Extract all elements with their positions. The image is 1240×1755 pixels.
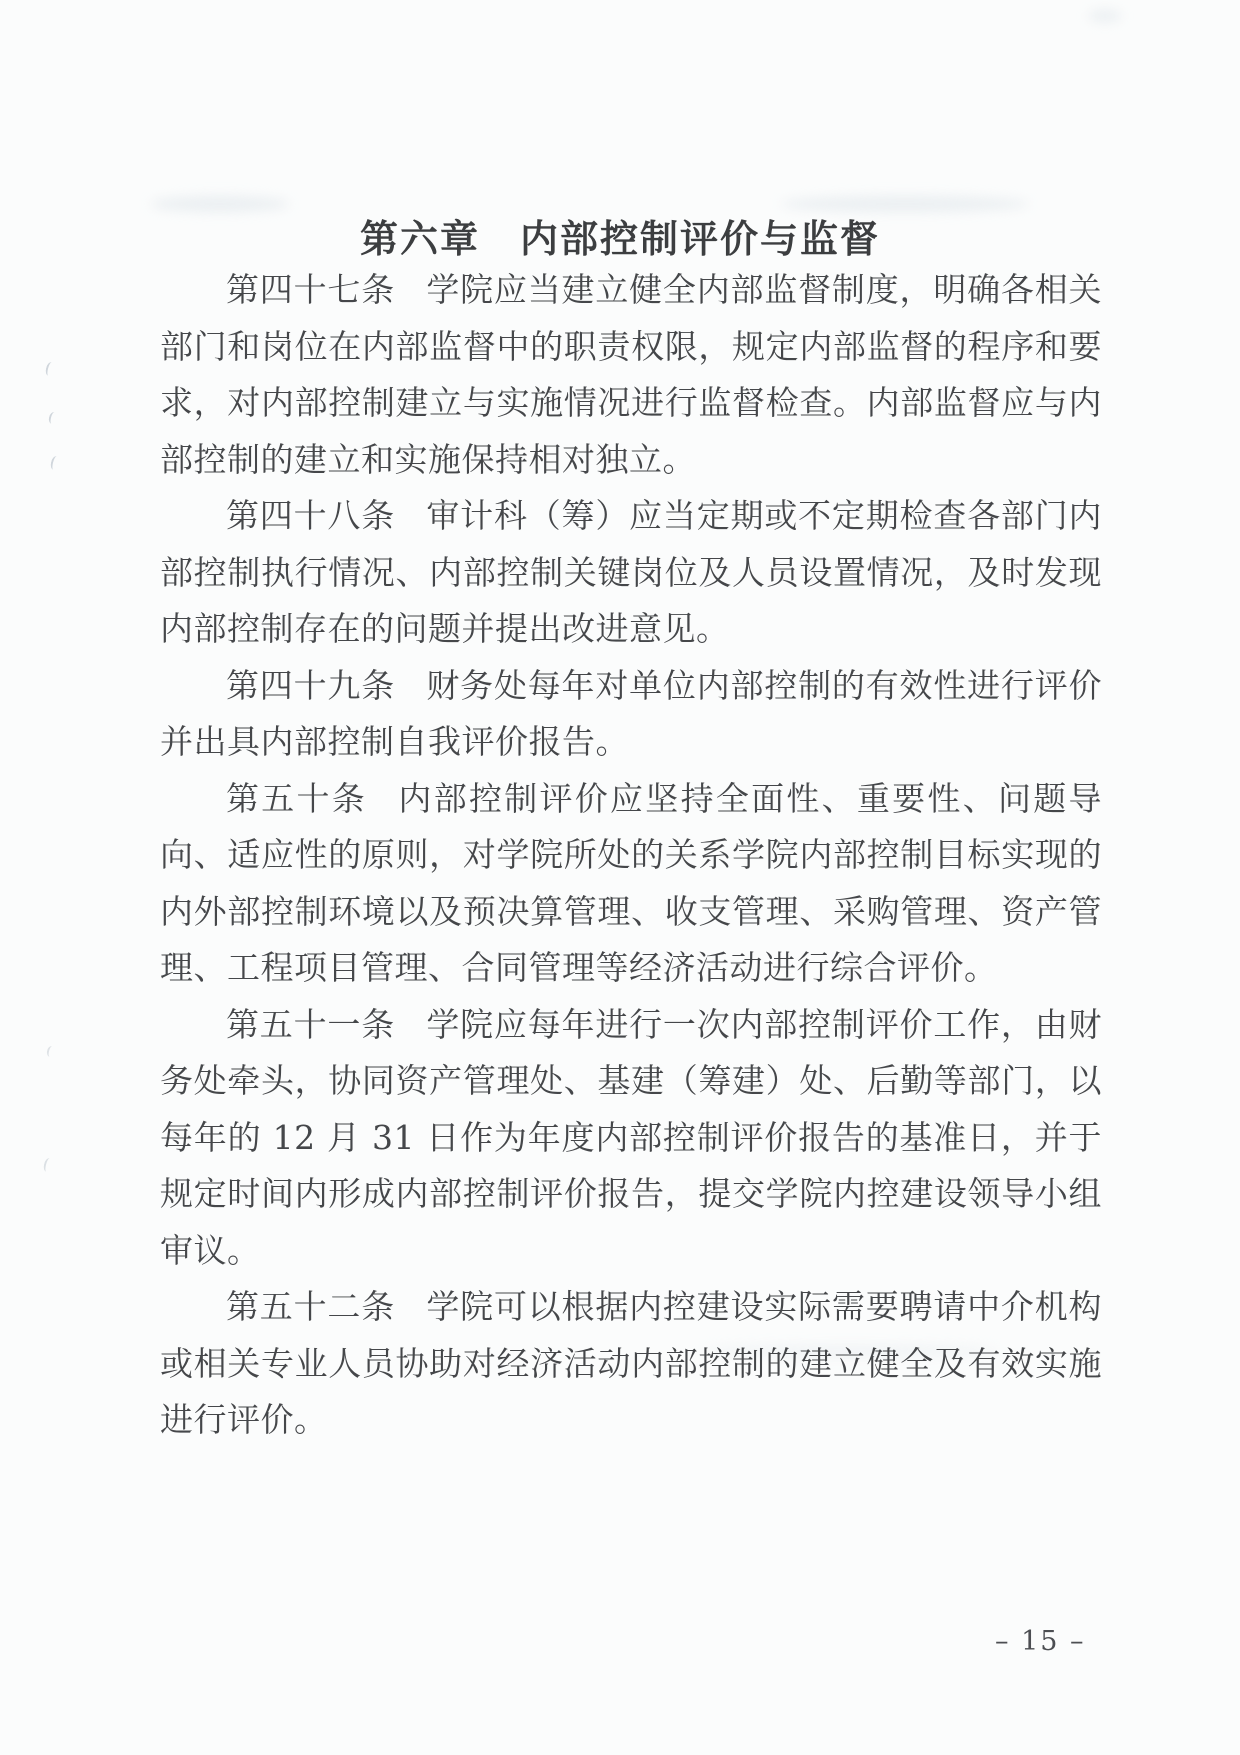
scan-artifact: [46, 1045, 56, 1058]
article-number: 第五十条: [226, 779, 367, 818]
scan-artifact: [42, 1157, 53, 1173]
chapter-title: 第六章 内部控制评价与监督: [0, 208, 1240, 263]
article-paragraph: 第四十九条财务处每年对单位内部控制的有效性进行评价并出具内部控制自我评价报告。: [160, 658, 1102, 771]
article-paragraph: 第五十条内部控制评价应坚持全面性、重要性、问题导向、适应性的原则，对学院所处的关…: [160, 771, 1102, 997]
article-number: 第四十七条: [226, 270, 395, 309]
page-number: – 15 –: [995, 1626, 1086, 1657]
article-number: 第四十九条: [226, 666, 395, 705]
document-page: 第六章 内部控制评价与监督 第四十七条学院应当建立健全内部监督制度，明确各相关部…: [0, 0, 1240, 1755]
article-paragraph: 第五十二条学院可以根据内控建设实际需要聘请中介机构或相关专业人员协助对经济活动内…: [160, 1279, 1102, 1449]
scan-artifact: [49, 455, 60, 471]
article-paragraph: 第五十一条学院应每年进行一次内部控制评价工作，由财务处牵头，协同资产管理处、基建…: [160, 997, 1102, 1280]
scan-artifact: [1088, 10, 1122, 22]
article-paragraph: 第四十七条学院应当建立健全内部监督制度，明确各相关部门和岗位在内部监督中的职责权…: [160, 262, 1102, 488]
article-number: 第四十八条: [226, 496, 395, 535]
article-number: 第五十二条: [226, 1287, 395, 1326]
document-body: 第四十七条学院应当建立健全内部监督制度，明确各相关部门和岗位在内部监督中的职责权…: [160, 262, 1102, 1449]
article-number: 第五十一条: [226, 1005, 395, 1044]
scan-artifact: [44, 361, 55, 377]
scan-artifact: [48, 411, 59, 425]
article-text: 学院应每年进行一次内部控制评价工作，由财务处牵头，协同资产管理处、基建（筹建）处…: [160, 1005, 1102, 1270]
article-paragraph: 第四十八条审计科（筹）应当定期或不定期检查各部门内部控制执行情况、内部控制关键岗…: [160, 488, 1102, 658]
